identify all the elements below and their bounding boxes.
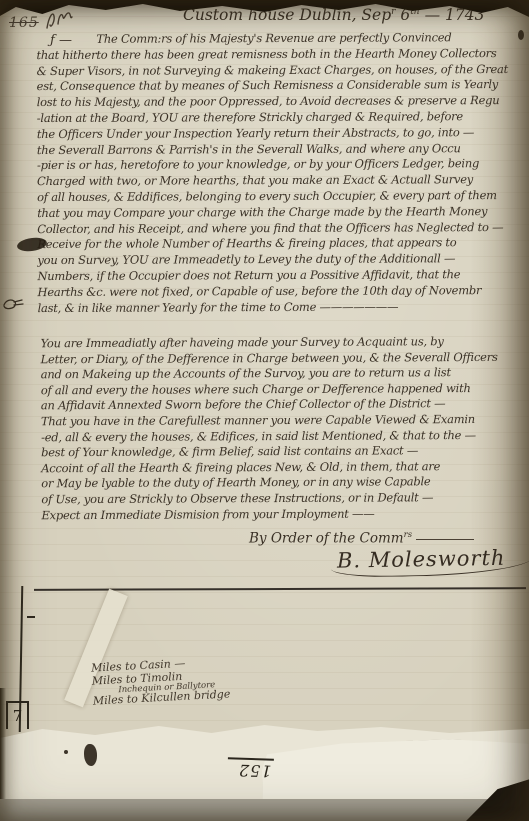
folio-number: 165 [9,15,39,31]
manuscript-line: Numbers, if the Occupier does not Return… [37,267,529,285]
manuscript-line: -lation at the Board, YOU are therefore … [37,109,529,127]
ink-speck [518,30,524,40]
dateline-day: 6 [395,6,410,24]
background-table-strip [0,799,529,821]
dateline-year: — 1743 [420,6,485,24]
inverted-archival-number: 152 [228,757,274,781]
paper-sheet: 165 Custom house Dublin, Sepr 6th — 1743… [0,0,529,821]
ink-speck [64,750,68,754]
signature: B. Molesworth [331,545,529,578]
boxed-page-number: 7 [6,701,29,729]
dateline: Custom house Dublin, Sepr 6th — 1743 [183,6,484,24]
margin-manicule-icon [2,296,26,318]
manuscript-photo: 165 Custom house Dublin, Sepr 6th — 1743… [0,0,529,821]
by-order-text: By Order of the Comm [249,531,404,547]
paragraph-1: The Comm:rs of his Majesty's Revenue are… [36,30,529,316]
miles-note-line: Miles to Kilcullen bridge [93,688,231,708]
manuscript-line: The Comm:rs of his Majesty's Revenue are… [96,30,528,48]
paragraph-2: You are Immeadiatly after haveing made y… [41,334,529,524]
manuscript-line: -ed, all & every the houses, & Edifices,… [41,427,529,445]
manuscript-line: of all and every the houses where such C… [41,380,529,398]
manuscript-line: of all houses, & Eddifices, belonging to… [37,188,529,206]
by-order-line: By Order of the Commrs [249,530,474,547]
manuscript-line: Hearths &c. were not fixed, or Capable o… [37,283,529,301]
manuscript-line: that hitherto there has been great remis… [36,46,528,64]
dateline-place: Custom house Dublin, Sep [183,6,391,24]
manuscript-line: the Officers Under your Inspection Yearl… [37,125,529,143]
ink-blot [84,744,97,766]
miles-notes: Miles to Casin — Miles to Timolin Incheq… [91,655,231,708]
manuscript-line: Letter, or Diary, of the Defference in C… [41,349,529,367]
ink-dash [416,539,474,540]
manuscript-line: last, & in like manner Yearly for the ti… [38,298,529,316]
manuscript-line: Expect an Immediate Dismision from your … [41,505,529,523]
margin-ink-dash [27,616,35,618]
manuscript-line: that you may Compare your charge with th… [37,204,529,222]
by-order-sup: rs [404,530,412,540]
dateline-sup-th: th [410,7,419,17]
